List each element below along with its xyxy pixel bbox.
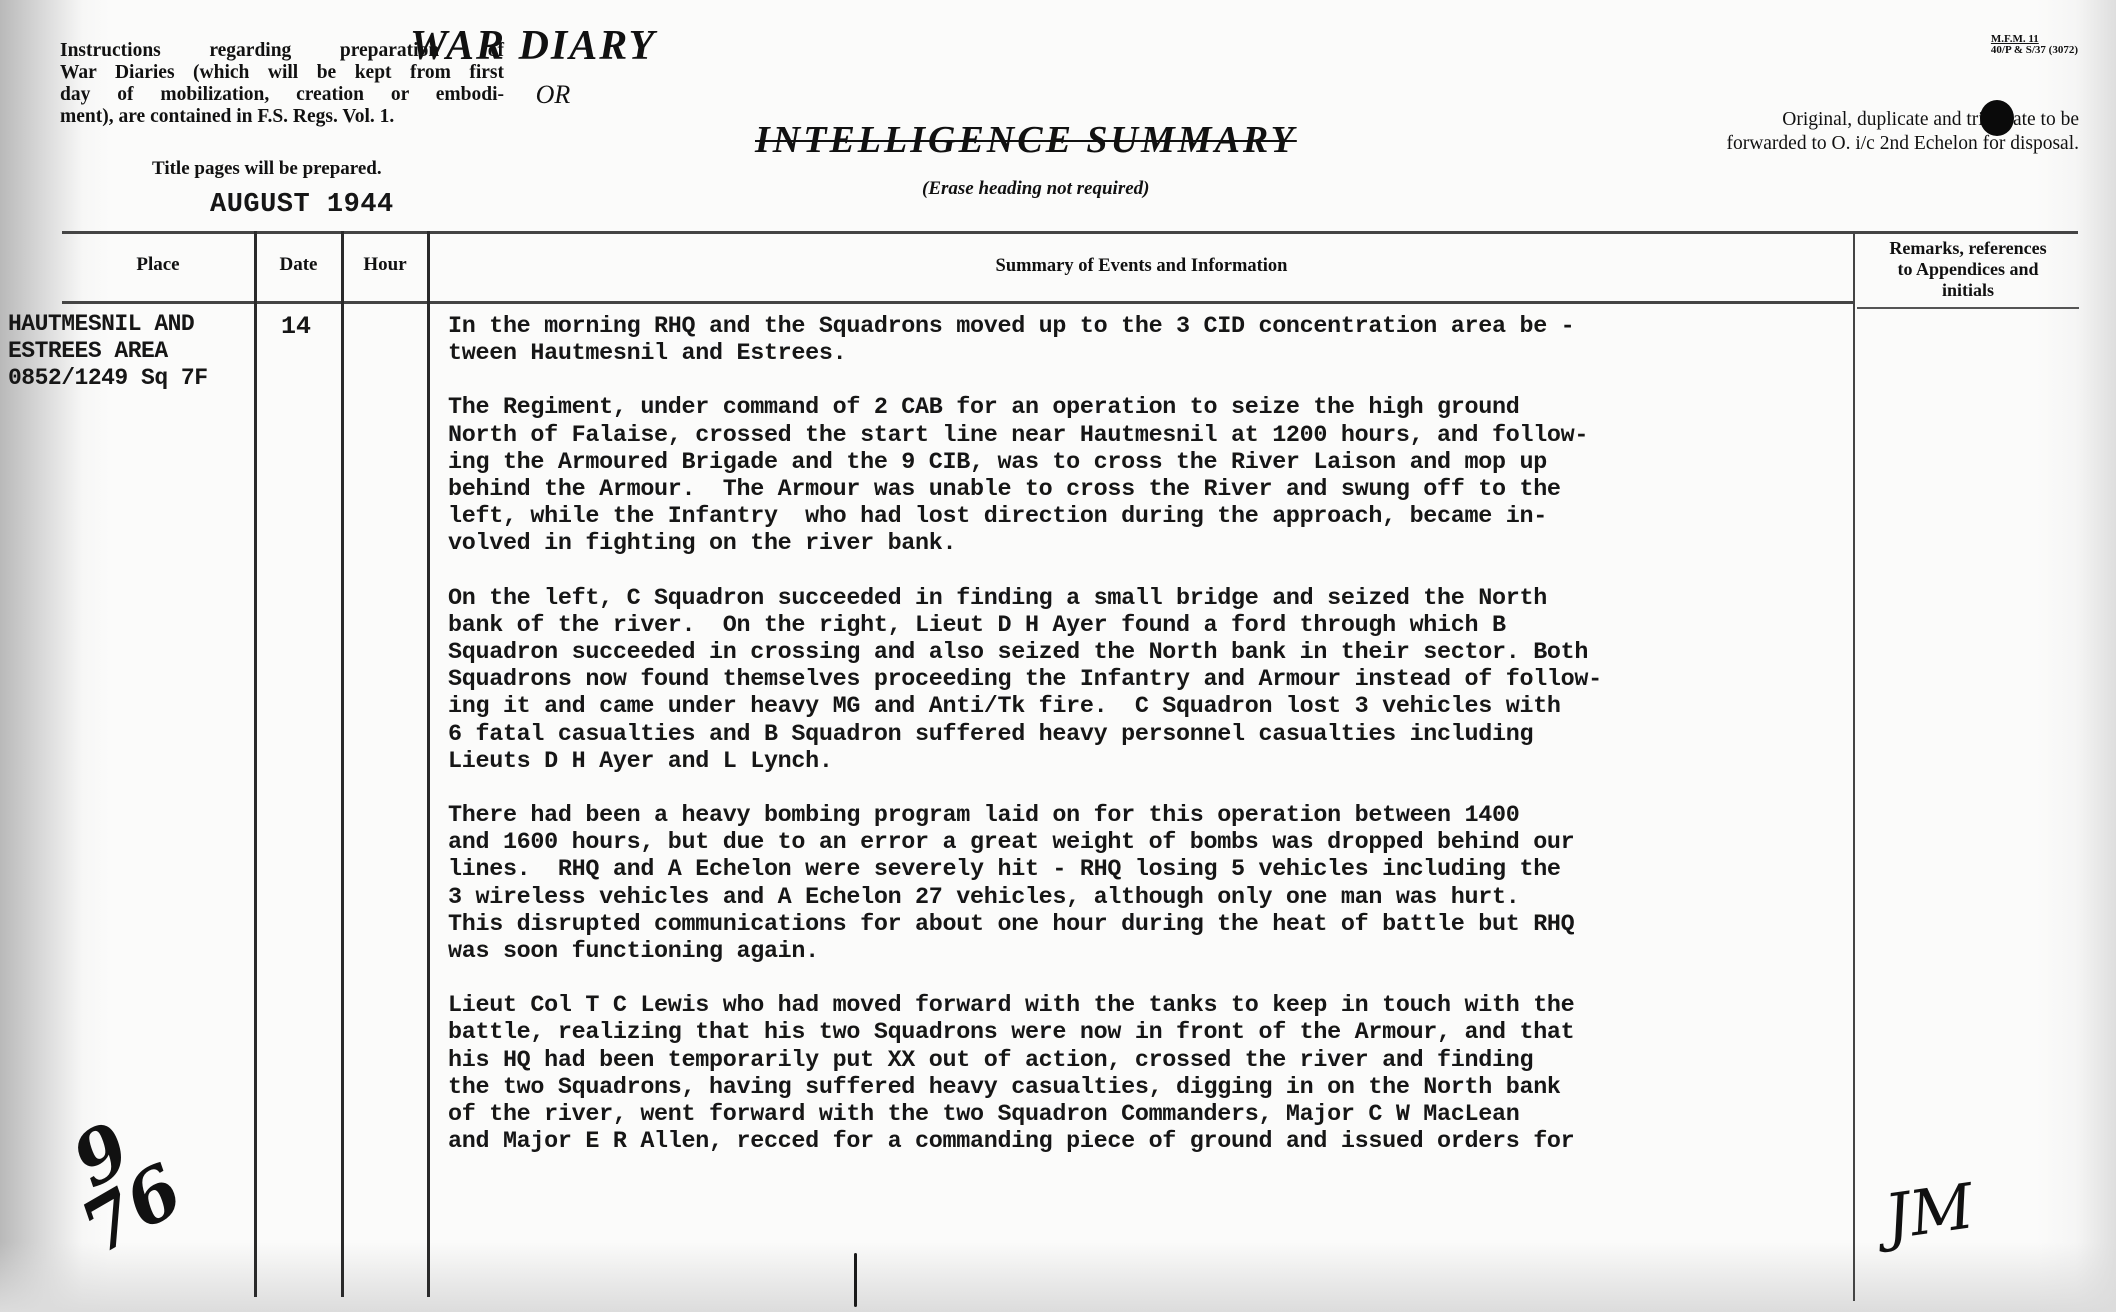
summary-line: of the river, went forward with the two … bbox=[448, 1102, 1853, 1129]
place-line: ESTREES AREA bbox=[8, 338, 208, 365]
erase-note: (Erase heading not required) bbox=[922, 178, 1150, 200]
summary-line: bank of the river. On the right, Lieut D… bbox=[448, 613, 1853, 640]
entry-place: HAUTMESNIL AND ESTREES AREA 0852/1249 Sq… bbox=[8, 311, 208, 392]
summary-line: North of Falaise, crossed the start line… bbox=[448, 423, 1853, 450]
column-divider-place-date bbox=[254, 231, 257, 1297]
header-hour: Hour bbox=[343, 254, 427, 276]
place-line: HAUTMESNIL AND bbox=[8, 311, 208, 338]
summary-line: On the left, C Squadron succeeded in fin… bbox=[448, 586, 1853, 613]
header-bottom-rule bbox=[62, 301, 1855, 304]
summary-paragraph: Lieut Col T C Lewis who had moved forwar… bbox=[448, 993, 1853, 1156]
remarks-header-rule bbox=[1857, 307, 2079, 309]
table-top-rule bbox=[62, 231, 2078, 234]
place-line: 0852/1249 Sq 7F bbox=[8, 365, 208, 392]
title-pages-note: Title pages will be prepared. bbox=[152, 158, 382, 180]
column-divider-summary-remarks bbox=[1853, 231, 1855, 1301]
summary-line: Lieut Col T C Lewis who had moved forwar… bbox=[448, 993, 1853, 1020]
summary-line: volved in fighting on the river bank. bbox=[448, 531, 1853, 558]
entry-date: 14 bbox=[281, 312, 311, 341]
page-edge-shadow-bottom bbox=[0, 1242, 2116, 1312]
form-reference: M.F.M. 11 40/P & S/37 (3072) bbox=[1991, 34, 2078, 56]
header-remarks-line: initials bbox=[1858, 280, 2078, 301]
header-place: Place bbox=[62, 254, 254, 276]
summary-line: his HQ had been temporarily put XX out o… bbox=[448, 1048, 1853, 1075]
ink-blot bbox=[1980, 100, 2014, 136]
summary-line: battle, realizing that his two Squadrons… bbox=[448, 1020, 1853, 1047]
summary-line: and Major E R Allen, recced for a comman… bbox=[448, 1129, 1853, 1156]
entry-summary: In the morning RHQ and the Squadrons mov… bbox=[448, 314, 1853, 1183]
header-remarks-line: to Appendices and bbox=[1858, 259, 2078, 280]
summary-line: 6 fatal casualties and B Squadron suffer… bbox=[448, 722, 1853, 749]
summary-line: ing the Armoured Brigade and the 9 CIB, … bbox=[448, 450, 1853, 477]
summary-paragraph: The Regiment, under command of 2 CAB for… bbox=[448, 395, 1853, 558]
summary-line: This disrupted communications for about … bbox=[448, 912, 1853, 939]
summary-line: The Regiment, under command of 2 CAB for… bbox=[448, 395, 1853, 422]
summary-line: Lieuts D H Ayer and L Lynch. bbox=[448, 749, 1853, 776]
title-or: OR bbox=[0, 80, 1611, 110]
summary-paragraph: In the morning RHQ and the Squadrons mov… bbox=[448, 314, 1853, 368]
summary-line: There had been a heavy bombing program l… bbox=[448, 803, 1853, 830]
header-remarks: Remarks, references to Appendices and in… bbox=[1858, 238, 2078, 301]
summary-line: ing it and came under heavy MG and Anti/… bbox=[448, 694, 1853, 721]
document-title: WAR DIARY bbox=[0, 22, 1571, 70]
header-summary: Summary of Events and Information bbox=[430, 256, 1853, 277]
summary-line: the two Squadrons, having suffered heavy… bbox=[448, 1075, 1853, 1102]
handwritten-initials: JM bbox=[1880, 1169, 1978, 1254]
header-date: Date bbox=[256, 254, 341, 276]
summary-line: 3 wireless vehicles and A Echelon 27 veh… bbox=[448, 885, 1853, 912]
header-remarks-line: Remarks, references bbox=[1858, 238, 2078, 259]
summary-line: was soon functioning again. bbox=[448, 939, 1853, 966]
summary-line: left, while the Infantry who had lost di… bbox=[448, 504, 1853, 531]
summary-line: tween Hautmesnil and Estrees. bbox=[448, 341, 1853, 368]
month-label: AUGUST 1944 bbox=[210, 190, 394, 220]
summary-line: and 1600 hours, but due to an error a gr… bbox=[448, 830, 1853, 857]
struck-heading: INTELLIGENCE SUMMARY bbox=[755, 118, 1440, 162]
pen-mark bbox=[854, 1253, 857, 1307]
summary-line: Squadrons now found themselves proceedin… bbox=[448, 667, 1853, 694]
page-edge-shadow-right bbox=[2036, 0, 2116, 1312]
summary-paragraph: On the left, C Squadron succeeded in fin… bbox=[448, 586, 1853, 776]
summary-paragraph: There had been a heavy bombing program l… bbox=[448, 803, 1853, 966]
summary-line: In the morning RHQ and the Squadrons mov… bbox=[448, 314, 1853, 341]
summary-line: Squadron succeeded in crossing and also … bbox=[448, 640, 1853, 667]
column-divider-hour-summary bbox=[427, 231, 430, 1297]
summary-line: behind the Armour. The Armour was unable… bbox=[448, 477, 1853, 504]
summary-line: lines. RHQ and A Echelon were severely h… bbox=[448, 857, 1853, 884]
form-ref-line2: 40/P & S/37 (3072) bbox=[1991, 44, 2078, 56]
column-divider-date-hour bbox=[341, 231, 344, 1297]
distribution-line: forwarded to O. i/c 2nd Echelon for disp… bbox=[1604, 132, 2079, 156]
